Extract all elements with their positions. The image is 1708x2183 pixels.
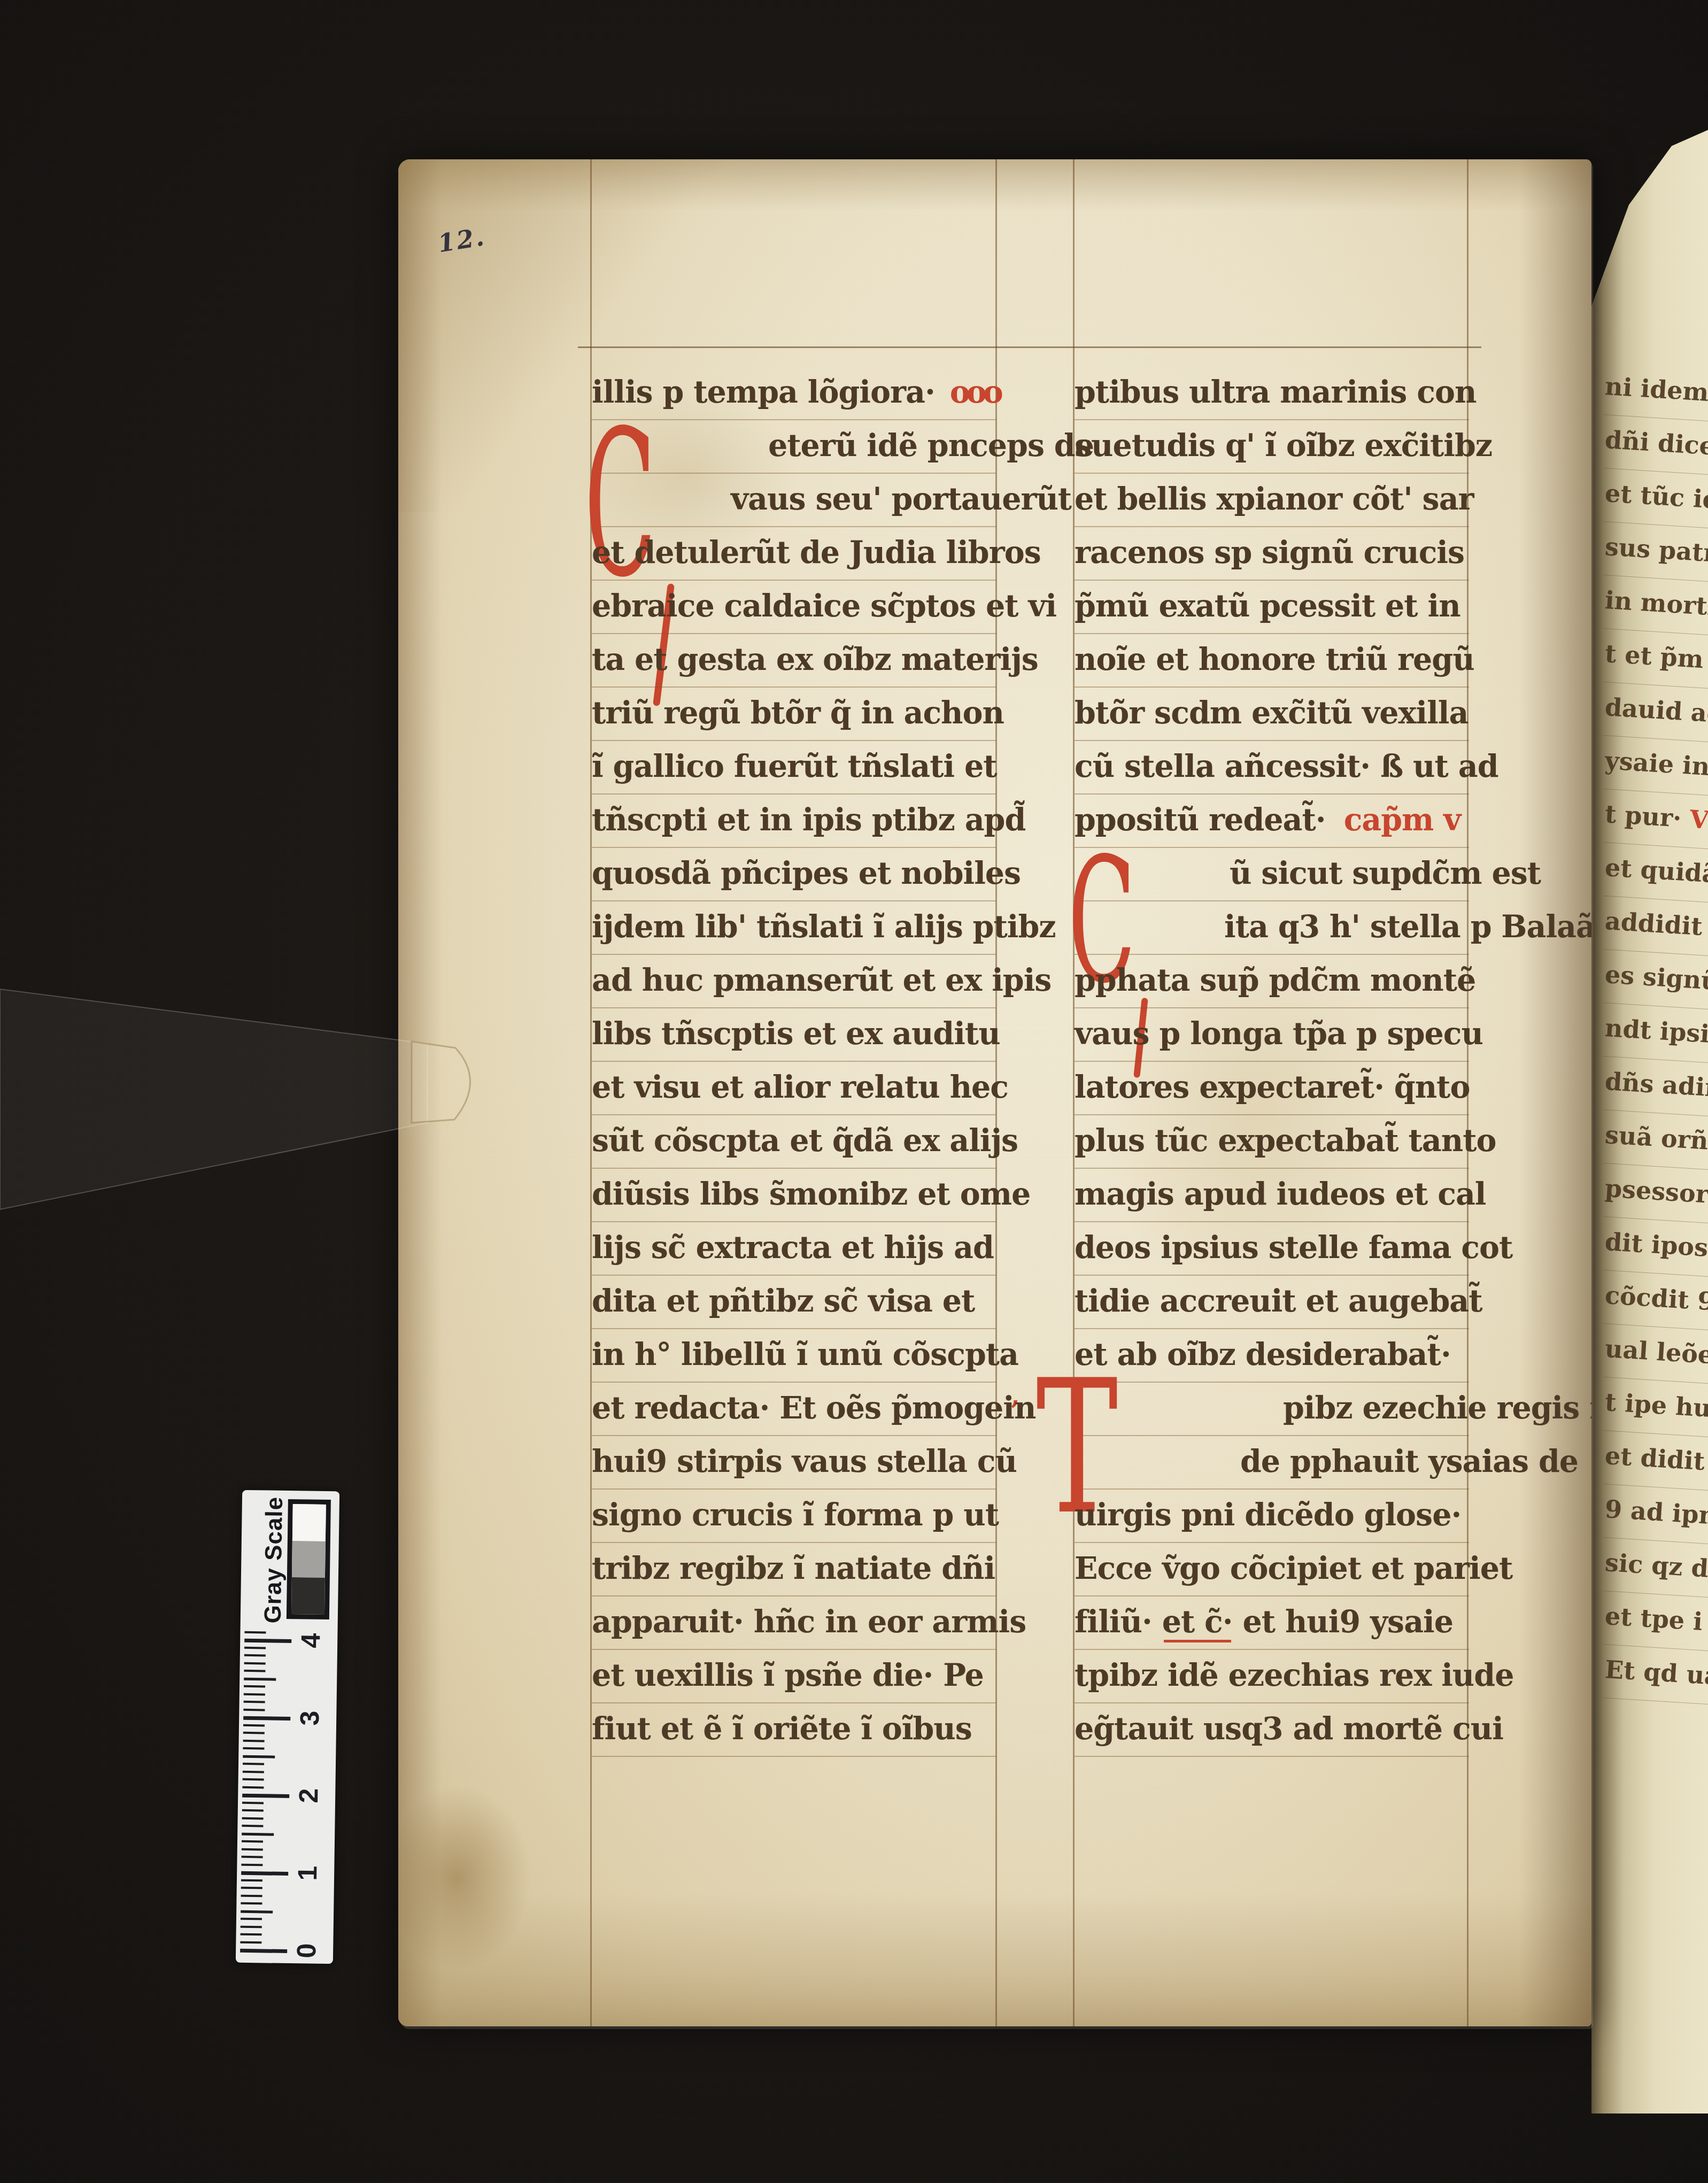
manuscript-line: et uexillis ĩ psñe die· Pe <box>592 1650 996 1703</box>
manuscript-line: Cũ sicut supdc̃m est <box>1075 848 1469 901</box>
ruler-tick <box>244 1646 266 1649</box>
manuscript-line-text: illis p tempa lõgiora· <box>592 374 935 410</box>
manuscript-line: fiut et ẽ ĩ oriẽte ĩ oĩbus <box>592 1703 996 1757</box>
manuscript-line-text: ad huc pmanserũt et ex ipis <box>592 962 1051 998</box>
manuscript-line: hui9 stirpis vaus stella cũ <box>592 1436 996 1490</box>
manuscript-line: de pphauit ysaias de <box>1075 1436 1469 1490</box>
manuscript-line-text: magis apud iudeos et cal <box>1075 1176 1486 1212</box>
gray-scale-patches <box>287 1499 331 1619</box>
ruler-tick <box>244 1670 265 1672</box>
ruler-tick <box>241 1894 262 1897</box>
ruler-number: 2 <box>291 1776 326 1815</box>
manuscript-line: diũsis libs s̃monibz et ome <box>592 1169 996 1222</box>
manuscript-line: tidie accreuit et augebat̃ <box>1075 1276 1469 1329</box>
ruler-tick <box>244 1701 265 1703</box>
manuscript-line-text: libs tñscptis et ex auditu <box>592 1016 1000 1052</box>
parchment-stain <box>398 1785 532 1972</box>
manuscript-line-text: tidie accreuit et augebat̃ <box>1075 1283 1482 1319</box>
manuscript-line: apparuit· hñc in eor armis <box>592 1596 996 1650</box>
manuscript-line-text: et redacta· Et oẽs p̃mogein <box>592 1390 1035 1426</box>
manuscript-line: ptibus ultra marinis con <box>1075 367 1469 420</box>
manuscript-line-text: racenos sp signũ crucis <box>1075 535 1464 570</box>
ruler-tick <box>241 1910 273 1913</box>
manuscript-line-text: pphata sup̃ pdc̃m montẽ <box>1075 962 1475 998</box>
ruler-tick <box>241 1887 262 1889</box>
manuscript-line: ebraice caldaice sc̃ptos et vi <box>592 581 996 634</box>
underleaf-line: t ipe hua <box>1603 1377 1708 1437</box>
manuscript-line-text: eg̃tauit usq3 ad mortẽ cui <box>1075 1711 1503 1747</box>
underleaf-text-fragments: ni idem vdñi dicetet tũc idẽsus patrein … <box>1605 361 1708 1698</box>
manuscript-line: latores expectaret̃· q̃nto <box>1075 1062 1469 1115</box>
underleaf-line: ysaie in t <box>1603 736 1708 796</box>
manuscript-line: tpibz idẽ ezechias rex iude <box>1075 1650 1469 1703</box>
manuscript-line: et redacta· Et oẽs p̃mogeinʼ <box>592 1383 996 1436</box>
manuscript-line-text: ijdem lib' tñslati ĩ alijs ptibz <box>592 909 1056 945</box>
ruler-tick <box>243 1708 265 1711</box>
underleaf-line: dñi dicet <box>1603 415 1708 475</box>
manuscript-line-text: dita et pñtibz sc̃ visa et <box>592 1283 975 1319</box>
manuscript-line: btõr scdm exc̃itũ vexilla <box>1075 688 1469 741</box>
ruler-tick <box>242 1832 274 1835</box>
manuscript-line-text: triũ regũ btõr q̃ in achon <box>592 695 1004 731</box>
ruler-tick <box>243 1778 264 1781</box>
manuscript-line-text: tpibz idẽ ezechias rex iude <box>1075 1657 1513 1693</box>
manuscript-line-text: filiũ· et c̃· et hui9 ysaie <box>1075 1604 1453 1640</box>
ruler-number: 4 <box>293 1621 328 1660</box>
ruler-tick <box>242 1817 264 1819</box>
manuscript-line-text: de pphauit ysaias de <box>1240 1444 1578 1479</box>
text-column-2: ptibus ultra marinis consuetudis q' ĩ oĩ… <box>1075 367 1469 1757</box>
manuscript-line-text: apparuit· hñc in eor armis <box>592 1604 1026 1640</box>
underleaf-line: in mortis <box>1603 575 1708 635</box>
underleaf-line: Et qd ua <box>1603 1645 1708 1704</box>
underleaf-line: dñs adim <box>1603 1056 1708 1116</box>
parchment-stain <box>398 159 1591 210</box>
underleaf-line: 9 ad ipm <box>1603 1484 1708 1544</box>
ruler-tick <box>242 1856 263 1858</box>
ruler-tick <box>243 1716 290 1721</box>
manuscript-line-text: Ecce ṽgo cõcipiet et pariet <box>1075 1551 1512 1586</box>
underleaf-line: dit ipos n <box>1603 1217 1708 1277</box>
manuscript-line-text: ta et gesta ex oĩbz materijs <box>592 642 1038 677</box>
manuscript-photograph: ni idem vdñi dicetet tũc idẽsus patrein … <box>0 0 1708 2183</box>
manuscript-line: Ceterũ idẽ pnceps de <box>592 420 996 474</box>
manuscript-line-text: et detulerũt de Judia libros <box>592 535 1041 570</box>
ruler-tick <box>244 1639 291 1643</box>
gray-scale-patch <box>291 1577 325 1615</box>
manuscript-line: et ab oĩbz desiderabat̃· <box>1075 1329 1469 1383</box>
manuscript-line: in h° libellũ ĩ unũ cõscpta <box>592 1329 996 1383</box>
text-column-1: illis p tempa lõgiora·oooCeterũ idẽ pnce… <box>592 367 996 1757</box>
manuscript-line-text: et visu et alior relatu hec <box>592 1069 1008 1105</box>
manuscript-line-text: et bellis xpianor cõt' sar <box>1075 481 1474 517</box>
manuscript-line: p̃mũ exatũ pcessit et in <box>1075 581 1469 634</box>
ruler-tick <box>243 1747 264 1750</box>
ruler-tick <box>244 1677 276 1680</box>
underleaf-line: t et p̃m <box>1603 629 1708 689</box>
gray-scale-patch <box>292 1541 326 1578</box>
underleaf-line: t pur· V <box>1603 789 1708 849</box>
folio-number: 12. <box>436 224 487 256</box>
ruler-tick <box>241 1871 288 1876</box>
underleaf-line: ual leõe <box>1603 1324 1708 1384</box>
ruler-tick <box>241 1902 262 1905</box>
ruler-tick <box>242 1794 289 1798</box>
underleaf-line: ndt ipsius <box>1603 1003 1708 1063</box>
underleaf-line: et didit <box>1603 1431 1708 1491</box>
manuscript-line: eg̃tauit usq3 ad mortẽ cui <box>1075 1703 1469 1757</box>
ruler-tick <box>243 1724 265 1726</box>
ruler-tick <box>244 1685 265 1688</box>
manuscript-line: Ecce ṽgo cõcipiet et pariet <box>1075 1543 1469 1596</box>
manuscript-line: sũt cõscpta et q̃dã ex alijs <box>592 1115 996 1169</box>
manuscript-line: ta et gesta ex oĩbz materijs <box>592 634 996 688</box>
ruler-tick <box>241 1863 262 1866</box>
ruler-tick <box>244 1631 266 1633</box>
underleaf-line: et quidã <box>1603 843 1708 902</box>
manuscript-line: uirgis pni dicẽdo glose· <box>1075 1490 1469 1543</box>
manuscript-line-text: fiut et ẽ ĩ oriẽte ĩ oĩbus <box>592 1711 972 1747</box>
manuscript-line-text: ita q3 h' stella p Balaã <box>1224 909 1591 945</box>
underleaf-line: sus patre <box>1603 522 1708 582</box>
manuscript-line: deos ipsius stelle fama cot <box>1075 1222 1469 1276</box>
manuscript-line-text: hui9 stirpis vaus stella cũ <box>592 1444 1017 1479</box>
manuscript-line-text: sũt cõscpta et q̃dã ex alijs <box>592 1123 1018 1159</box>
manuscript-page: 12. illis p tempa lõgiora·oooCeterũ idẽ … <box>398 159 1591 2026</box>
manuscript-line-text: cũ stella añcessit· ß ut ad <box>1075 749 1498 784</box>
manuscript-line-text: tñscpti et in ipis ptibz apd̃ <box>592 802 1025 838</box>
underleaf-line: suã orñ p <box>1603 1110 1708 1170</box>
manuscript-line: tñscpti et in ipis ptibz apd̃ <box>592 794 996 848</box>
manuscript-line-text: ptibus ultra marinis con <box>1075 374 1476 410</box>
manuscript-line-text: vaus p longa tp̃a p specu <box>1075 1016 1483 1052</box>
underleaf-line: cõcdit 9 <box>1603 1270 1708 1330</box>
manuscript-line: noĩe et honore triũ regũ <box>1075 634 1469 688</box>
manuscript-line: cũ stella añcessit· ß ut ad <box>1075 741 1469 794</box>
underleaf-line: dauid ac <box>1603 682 1708 742</box>
manuscript-line-text: suetudis q' ĩ oĩbz exc̃itibz <box>1075 428 1492 464</box>
underleaf-line: et tpe i <box>1603 1591 1708 1651</box>
manuscript-line-text: et uexillis ĩ psñe die· Pe <box>592 1657 984 1693</box>
ruler-tick <box>242 1801 264 1804</box>
ruler-tick <box>240 1949 287 1953</box>
underleaf-line: es signũ p <box>1603 950 1708 1009</box>
manuscript-line-text: pibz ezechie regis iu <box>1283 1390 1591 1426</box>
manuscript-line-text: lijs sc̃ extracta et hijs ad <box>592 1230 994 1266</box>
ruler-tick <box>241 1879 262 1881</box>
manuscript-line: Tpibz ezechie regis iu <box>1075 1383 1469 1436</box>
underleaf-line: sic qz d' <box>1603 1538 1708 1598</box>
manuscript-line: quosdã pñcipes et nobiles <box>592 848 996 901</box>
manuscript-line-text: ebraice caldaice sc̃ptos et vi <box>592 588 1056 624</box>
gray-scale-label: Gray Scale <box>257 1490 291 1630</box>
manuscript-line: ad huc pmanserũt et ex ipis <box>592 955 996 1008</box>
manuscript-line-text: uirgis pni dicẽdo glose· <box>1075 1497 1461 1533</box>
ruler-tick <box>242 1825 263 1827</box>
manuscript-line-text: ĩ gallico fuerũt tñslati et <box>592 749 997 784</box>
manuscript-line-text: et ab oĩbz desiderabat̃· <box>1075 1337 1451 1372</box>
manuscript-line: ijdem lib' tñslati ĩ alijs ptibz <box>592 901 996 955</box>
manuscript-line: filiũ· et c̃· et hui9 ysaie <box>1075 1596 1469 1650</box>
red-fragment: V <box>1680 804 1708 835</box>
parchment-stain <box>398 1893 1591 2026</box>
ruler-tick <box>242 1840 263 1843</box>
manuscript-line: triũ regũ btõr q̃ in achon <box>592 688 996 741</box>
underleaf-line: ni idem v <box>1603 361 1708 421</box>
manuscript-line-text: in h° libellũ ĩ unũ cõscpta <box>592 1337 1018 1372</box>
ruler-tick <box>244 1654 266 1657</box>
manuscript-line-text: deos ipsius stelle fama cot <box>1075 1230 1512 1266</box>
manuscript-line-text: btõr scdm exc̃itũ vexilla <box>1075 695 1468 731</box>
gray-scale-card: Gray Scale 01234 <box>236 1490 339 1964</box>
manuscript-line-text: ũ sicut supdc̃m est <box>1230 855 1541 891</box>
ruler-tick <box>244 1693 265 1695</box>
manuscript-line-text: p̃mũ exatũ pcessit et in <box>1075 588 1460 624</box>
manuscript-line: et visu et alior relatu hec <box>592 1062 996 1115</box>
manuscript-line: magis apud iudeos et cal <box>1075 1169 1469 1222</box>
manuscript-line-text: ppositũ redeat̃· <box>1075 802 1326 838</box>
manuscript-line-text: latores expectaret̃· q̃nto <box>1075 1069 1470 1105</box>
ruler-number: 1 <box>290 1854 325 1893</box>
manuscript-line: signo crucis ĩ forma p ut <box>592 1490 996 1543</box>
underleaf-page-edge: ni idem vdñi dicetet tũc idẽsus patrein … <box>1591 130 1708 2113</box>
ruler-tick <box>242 1848 263 1850</box>
manuscript-line: lijs sc̃ extracta et hijs ad <box>592 1222 996 1276</box>
ruler-tick <box>244 1662 266 1664</box>
underleaf-line: psessor et <box>1603 1163 1708 1223</box>
underleaf-line: et tũc idẽ <box>1603 468 1708 528</box>
ruler-tick <box>243 1770 264 1773</box>
manuscript-line-text: diũsis libs s̃monibz et ome <box>592 1176 1030 1212</box>
ruler-tick <box>242 1809 264 1812</box>
manuscript-line-text: eterũ idẽ pnceps de <box>768 428 1094 464</box>
manuscript-line: suetudis q' ĩ oĩbz exc̃itibz <box>1075 420 1469 474</box>
manuscript-line: racenos sp signũ crucis <box>1075 527 1469 581</box>
manuscript-line-text: tribz regibz ĩ natiate dñi <box>592 1551 995 1586</box>
manuscript-line-text: quosdã pñcipes et nobiles <box>592 855 1021 891</box>
ruler-tick <box>243 1732 265 1734</box>
ruler-tick <box>241 1918 262 1920</box>
ruler-tick <box>243 1739 265 1742</box>
gutter-shadow <box>1519 159 1591 2026</box>
manuscript-line: et bellis xpianor cõt' sar <box>1075 474 1469 527</box>
ruler-tick <box>243 1763 264 1765</box>
ruler-number: 3 <box>292 1699 327 1738</box>
red-line-filler: ooo <box>950 374 1000 410</box>
manuscript-line: vaus p longa tp̃a p specu <box>1075 1008 1469 1062</box>
ruler-tick <box>241 1925 262 1928</box>
ruler-tick <box>243 1755 275 1758</box>
manuscript-line: tribz regibz ĩ natiate dñi <box>592 1543 996 1596</box>
underleaf-line: addidit sũ <box>1603 896 1708 956</box>
manuscript-line-text: noĩe et honore triũ regũ <box>1075 642 1474 677</box>
manuscript-line-text: vaus seu' portauerũt <box>731 481 1071 517</box>
ruler-tick <box>242 1786 264 1788</box>
manuscript-line: ĩ gallico fuerũt tñslati et <box>592 741 996 794</box>
ruling-line-horizontal <box>578 346 1481 348</box>
ruler-number: 0 <box>289 1931 324 1970</box>
ruler-tick <box>241 1933 262 1936</box>
manuscript-line-text: signo crucis ĩ forma p ut <box>592 1497 999 1533</box>
manuscript-line-text: plus tũc expectabat̃ tanto <box>1075 1123 1496 1159</box>
manuscript-line: plus tũc expectabat̃ tanto <box>1075 1115 1469 1169</box>
manuscript-line: libs tñscptis et ex auditu <box>592 1008 996 1062</box>
manuscript-line: dita et pñtibz sc̃ visa et <box>592 1276 996 1329</box>
parchment-stain <box>398 159 441 2026</box>
chapter-rubric: cap̃m v <box>1344 802 1461 838</box>
gray-scale-patch <box>292 1504 326 1541</box>
red-underlined-phrase: et c̃· <box>1162 1604 1233 1640</box>
ruler-tick <box>240 1941 261 1943</box>
